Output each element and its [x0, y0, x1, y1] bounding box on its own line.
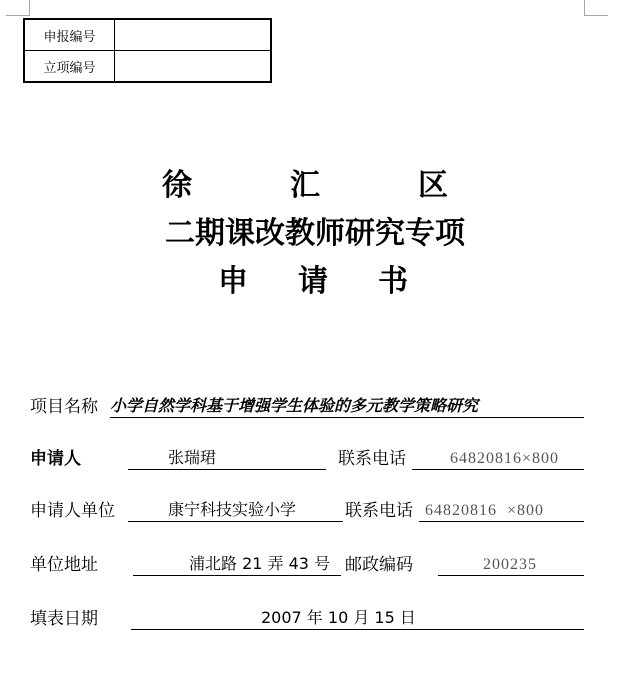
unit-field[interactable]: 康宁科技实验小学	[128, 499, 343, 522]
applicant-label: 申请人	[30, 447, 81, 471]
date-label: 填表日期	[30, 607, 98, 631]
postcode-label: 邮政编码	[345, 553, 413, 577]
date-value: 2007 年 10 月 15 日	[131, 608, 416, 627]
unit-phone-label: 联系电话	[345, 499, 413, 523]
postcode-field[interactable]: 200235	[438, 553, 584, 576]
title-char: 徐	[162, 168, 192, 204]
applicant-phone-label: 联系电话	[338, 447, 406, 471]
address-value: 浦北路 21 弄 43 号	[133, 554, 330, 573]
title-char: 请	[298, 264, 328, 300]
applicant-phone-field[interactable]: 64820816×800	[412, 447, 584, 470]
postcode-value: 200235	[438, 556, 537, 573]
unit-phone-value: 64820816 ×800	[419, 502, 544, 519]
margin-corner-mark-right	[584, 0, 608, 16]
report-number-value[interactable]	[115, 19, 272, 51]
project-name-label: 项目名称	[30, 395, 98, 419]
project-name-field[interactable]: 小学自然学科基于增强学生体验的多元教学策略研究	[110, 395, 584, 418]
table-row: 申报编号	[24, 19, 271, 51]
unit-label: 申请人单位	[30, 499, 115, 523]
applicant-phone-value: 64820816×800	[412, 450, 559, 467]
project-number-label: 立项编号	[24, 51, 115, 83]
project-number-value[interactable]	[115, 51, 272, 83]
title-char: 汇	[290, 168, 320, 204]
title-char: 书	[378, 264, 408, 300]
address-label: 单位地址	[30, 553, 98, 577]
applicant-field[interactable]: 张瑞珺	[128, 447, 326, 470]
title-project-type: 二期课改教师研究专项	[0, 216, 630, 252]
report-number-label: 申报编号	[24, 19, 115, 51]
project-name-value: 小学自然学科基于增强学生体验的多元教学策略研究	[110, 396, 478, 415]
unit-value: 康宁科技实验小学	[128, 500, 296, 519]
applicant-value: 张瑞珺	[128, 448, 216, 467]
id-number-table: 申报编号 立项编号	[23, 18, 272, 83]
table-row: 立项编号	[24, 51, 271, 83]
title-char: 申	[218, 264, 248, 300]
title-char: 区	[418, 168, 448, 204]
unit-phone-field[interactable]: 64820816 ×800	[419, 499, 584, 522]
margin-corner-mark-left	[6, 0, 30, 16]
address-field[interactable]: 浦北路 21 弄 43 号	[133, 553, 341, 576]
date-field[interactable]: 2007 年 10 月 15 日	[131, 607, 584, 630]
